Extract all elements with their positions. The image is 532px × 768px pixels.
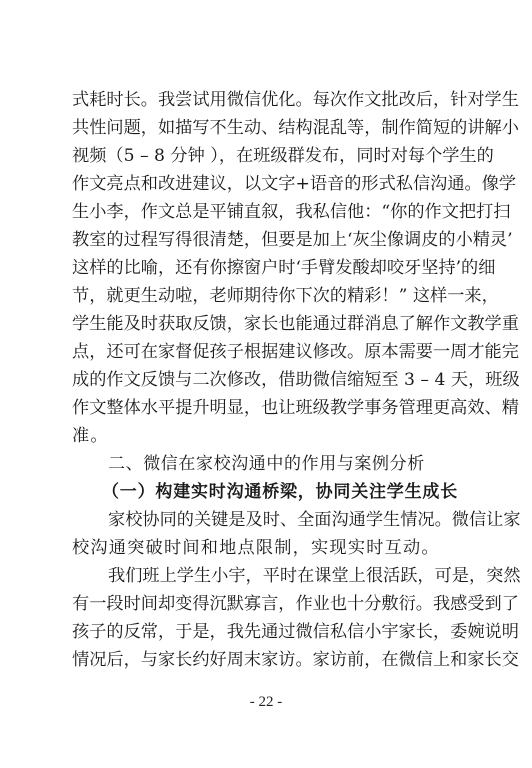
paragraph-essay-feedback: 式耗时长。我尝试用微信优化。每次作文批改后，针对学生 共性问题，如描写不生动、结… <box>72 86 464 450</box>
section-heading: 二、微信在家校沟通中的作用与案例分析 <box>72 450 464 478</box>
page-body: 式耗时长。我尝试用微信优化。每次作文批改后，针对学生 共性问题，如描写不生动、结… <box>72 86 464 674</box>
text-line: 家校协同的关键是及时、全面沟通学生情况。微信让家 <box>72 506 464 534</box>
document-page: 式耗时长。我尝试用微信优化。每次作文批改后，针对学生 共性问题，如描写不生动、结… <box>0 0 532 768</box>
subsection-heading: （一）构建实时沟通桥梁，协同关注学生成长 <box>72 478 464 506</box>
text-line: 视频（5 – 8 分钟 ），在班级群发布，同时对每个学生的 <box>72 142 464 170</box>
text-line: 孩子的反常，于是，我先通过微信私信小宇家长，委婉说明 <box>72 618 464 646</box>
text-line: 作文整体水平提升明显，也让班级教学事务管理更高效、精 <box>72 394 464 422</box>
text-line: 校沟通突破时间和地点限制，实现实时互动。 <box>72 534 464 562</box>
text-line: 成的作文反馈与二次修改，借助微信缩短至 3 – 4 天，班级 <box>72 366 464 394</box>
text-line: 有一段时间却变得沉默寡言，作业也十分敷衍。我感受到了 <box>72 590 464 618</box>
text-line: 我们班上学生小宇，平时在课堂上很活跃，可是，突然 <box>72 562 464 590</box>
text-line: 情况后，与家长约好周末家访。家访前，在微信上和家长交 <box>72 646 464 674</box>
text-line: 学生能及时获取反馈，家长也能通过群消息了解作文教学重 <box>72 310 464 338</box>
text-line: 教室的过程写得很清楚，但要是加上‘灰尘像调皮的小精灵’ <box>72 226 464 254</box>
text-line: 这样的比喻，还有你擦窗户时‘手臂发酸却咬牙坚持’的细 <box>72 254 464 282</box>
text-line: 作文亮点和改进建议，以文字+语音的形式私信沟通。像学 <box>72 170 464 198</box>
text-line: 点，还可在家督促孩子根据建议修改。原本需要一周才能完 <box>72 338 464 366</box>
text-line: 共性问题，如描写不生动、结构混乱等，制作简短的讲解小 <box>72 114 464 142</box>
paragraph-student-case: 我们班上学生小宇，平时在课堂上很活跃，可是，突然 有一段时间却变得沉默寡言，作业… <box>72 562 464 674</box>
text-line: 生小李，作文总是平铺直叙，我私信他：“你的作文把打扫 <box>72 198 464 226</box>
text-line: 准。 <box>72 422 464 450</box>
text-line: 节，就更生动啦，老师期待你下次的精彩！” 这样一来， <box>72 282 464 310</box>
paragraph-home-school-collab: 家校协同的关键是及时、全面沟通学生情况。微信让家 校沟通突破时间和地点限制，实现… <box>72 506 464 562</box>
page-number: - 22 - <box>0 694 532 711</box>
text-line: 式耗时长。我尝试用微信优化。每次作文批改后，针对学生 <box>72 86 464 114</box>
